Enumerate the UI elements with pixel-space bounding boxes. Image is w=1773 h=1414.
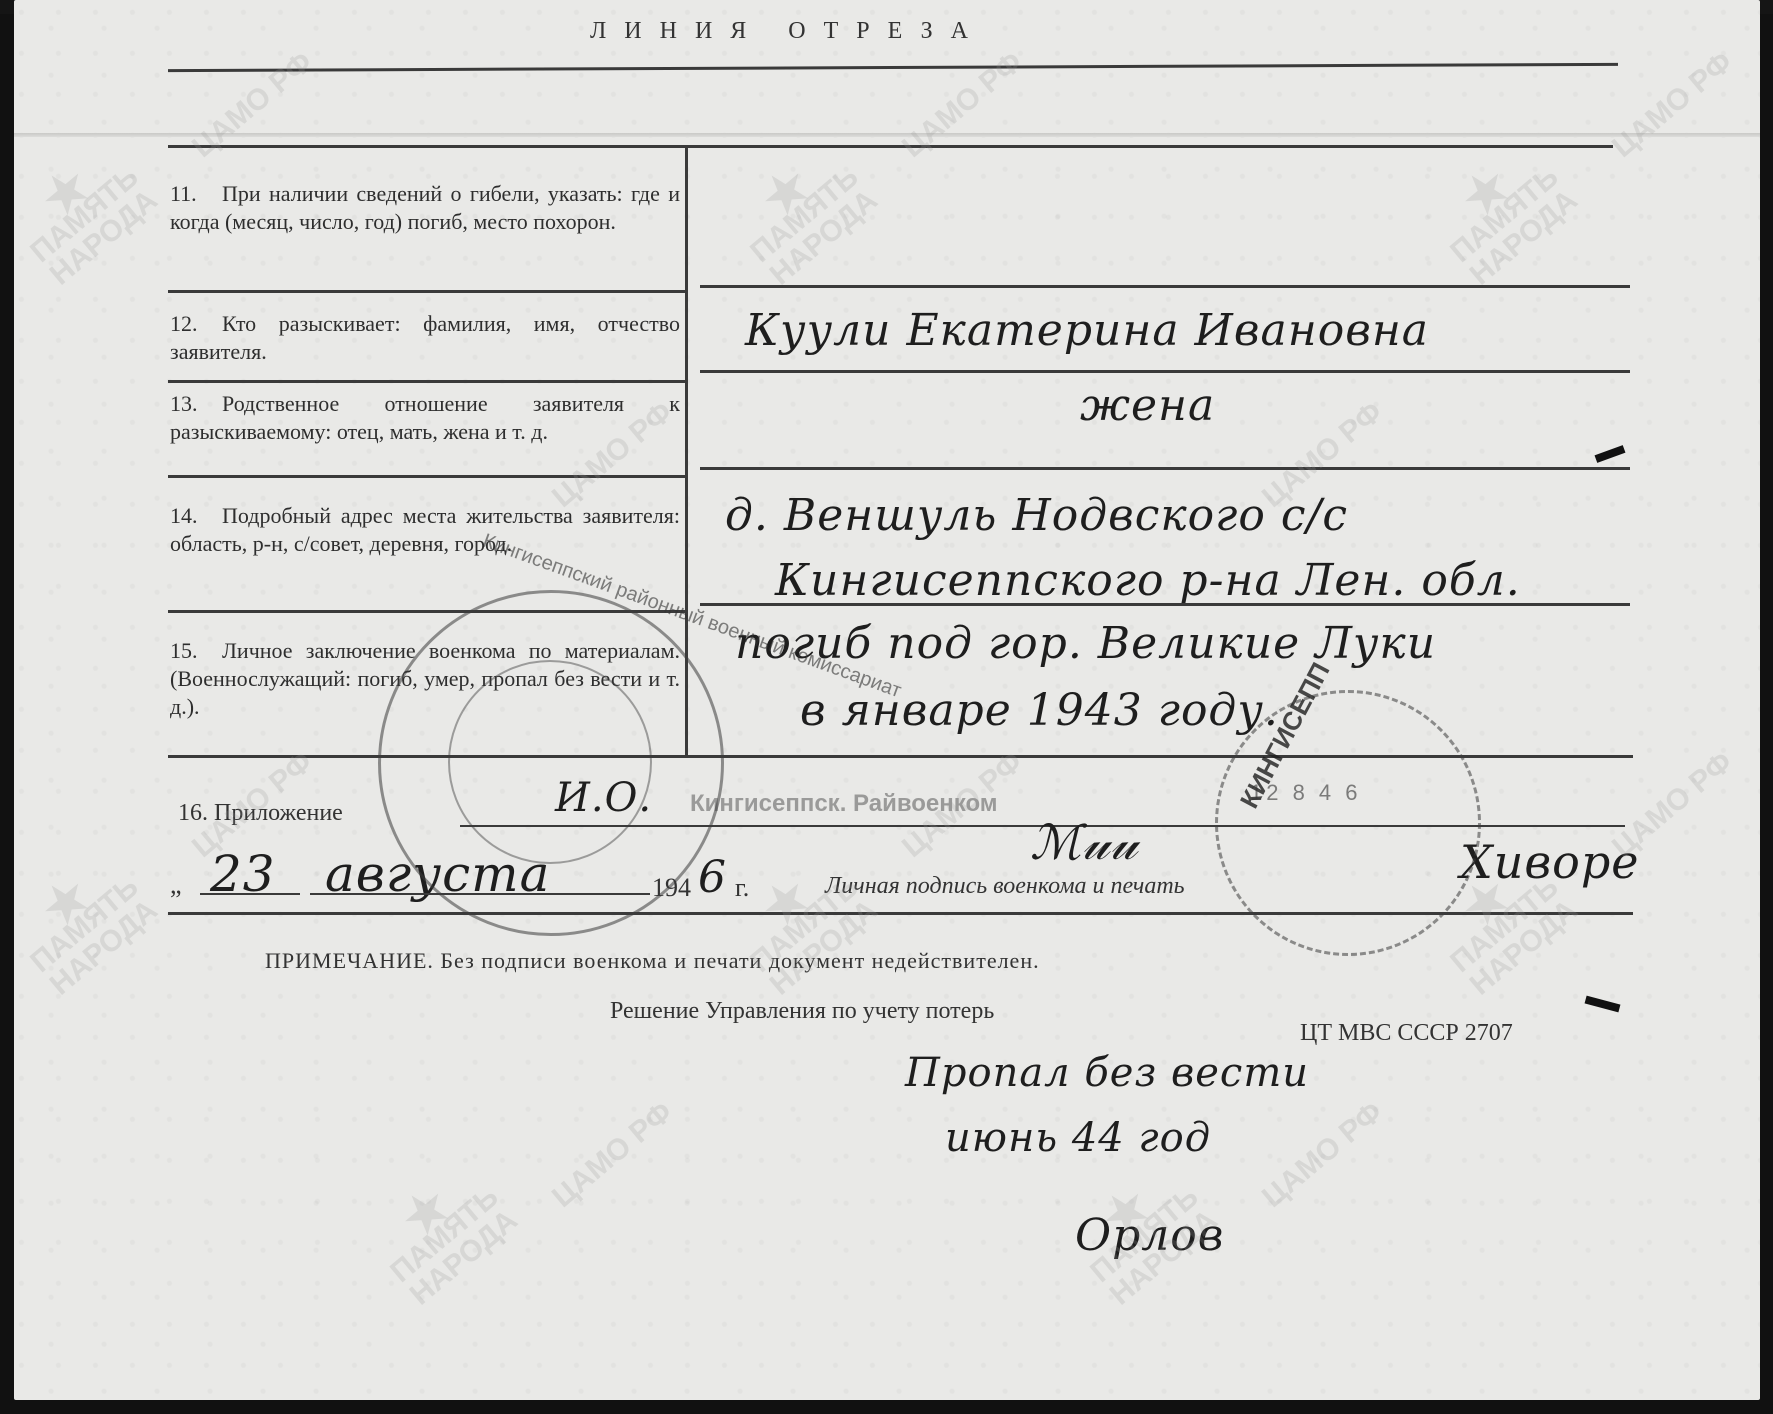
scan-edge-bottom [0, 1400, 1773, 1414]
decision-handwritten-line-2: июнь 44 год [945, 1115, 1211, 1161]
decision-heading: Решение Управления по учету потерь [610, 998, 994, 1025]
paper-fold [14, 133, 1760, 137]
commissar-signature: ℳ𝓊𝓊 [1030, 815, 1138, 872]
decision-handwritten-line-1: Пропал без вести [905, 1050, 1309, 1096]
field-12-label: 12.Кто разыскивает: фамилия, имя, отчест… [170, 310, 680, 366]
round-stamp-right-date: 12 8 4 6 [1250, 780, 1362, 806]
round-stamp-right [1215, 690, 1481, 956]
answer-line [700, 370, 1630, 373]
row-divider [168, 380, 686, 383]
answer-line [700, 603, 1630, 606]
answer-line [700, 467, 1630, 470]
date-open-quote: „ [170, 870, 182, 900]
print-code: ЦТ МВС СССР 2707 [1300, 1020, 1513, 1047]
row-divider [168, 290, 686, 293]
applicant-name-value: Куули Екатерина Ивановна [745, 305, 1429, 356]
signature-caption: Личная подпись военкома и печать [825, 873, 1185, 900]
note-text: ПРИМЕЧАНИЕ. Без подписи военкома и печат… [265, 948, 1040, 974]
day-underline [200, 893, 300, 895]
date-year-suffix: 6 [698, 852, 727, 903]
cut-line-label: ЛИНИЯ ОТРЕЗА [590, 18, 986, 45]
field-14-label: 14.Подробный адрес места жительства заяв… [170, 502, 680, 558]
date-year-unit: г. [735, 873, 749, 903]
field-11-label: 11.При наличии сведений о гибели, указат… [170, 180, 680, 236]
round-stamp-left-inner [448, 660, 652, 864]
address-value-line-2: Кингисеппского р-на Лен. обл. [775, 555, 1521, 606]
table-top-border [168, 145, 1613, 148]
relationship-value: жена [1080, 380, 1215, 431]
address-value-line-1: д. Веншуль Нодвского с/с [725, 490, 1348, 541]
field-13-label: 13.Родственное отношение заявителя к раз… [170, 390, 680, 446]
